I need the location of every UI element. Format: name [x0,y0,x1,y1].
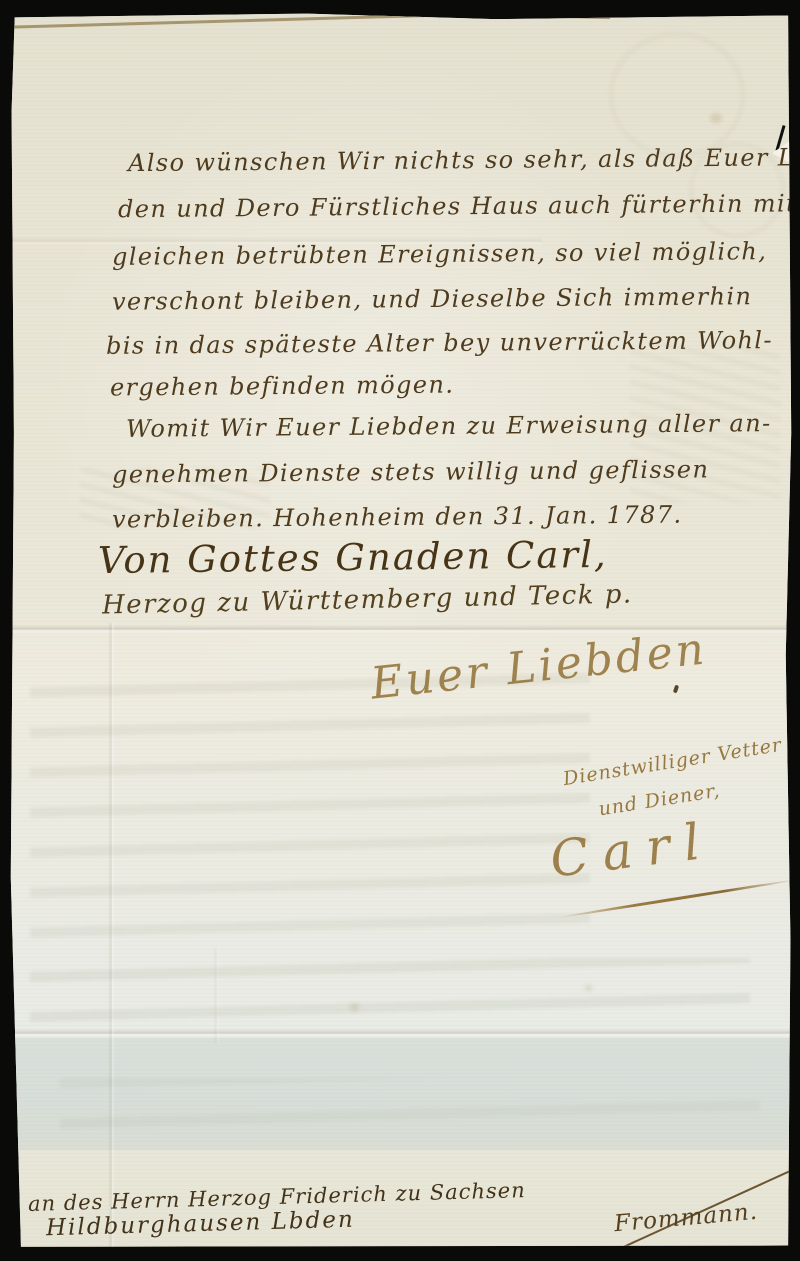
fold-crease-vertical-short [213,948,220,1043]
body-line-5: bis in das späteste Alter bey unverrückt… [106,326,773,360]
body-line-3: gleichen betrübten Ereignissen, so viel … [112,237,767,271]
foxing-spot [350,1003,359,1011]
fold-crease-vertical-left [108,623,115,1248]
embossed-seal-mark [610,33,744,157]
body-line-6: ergehen befinden mögen. [110,370,455,401]
foxing-spot [585,985,592,991]
fold-crease-bottom [10,1029,792,1038]
body-line-8: genehmen Dienste stets willig und geflis… [112,455,710,488]
body-line-2: den und Dero Fürstliches Haus auch fürte… [118,189,800,223]
foxing-spot [710,113,722,123]
body-line-9: verbleiben. Hohenheim den 31. Jan. 1787. [112,501,683,534]
body-line-4: verschont bleiben, und Dieselbe Sich imm… [112,282,753,316]
body-line-7: Womit Wir Euer Liebden zu Erweisung alle… [126,409,772,443]
photo-background: Also wünschen Wir nichts so sehr, als da… [0,0,800,1261]
titulature-line-2: Herzog zu Württemberg und Teck p. [102,579,633,620]
letter-paper: Also wünschen Wir nichts so sehr, als da… [10,13,792,1248]
countersignature: Frommann. [613,1199,759,1237]
bluish-paper-band [10,1038,792,1150]
titulature-line-1: Von Gottes Gnaden Carl, [98,533,608,582]
upper-sheet-edge [4,14,424,29]
body-line-1: Also wünschen Wir nichts so sehr, als da… [128,143,800,177]
